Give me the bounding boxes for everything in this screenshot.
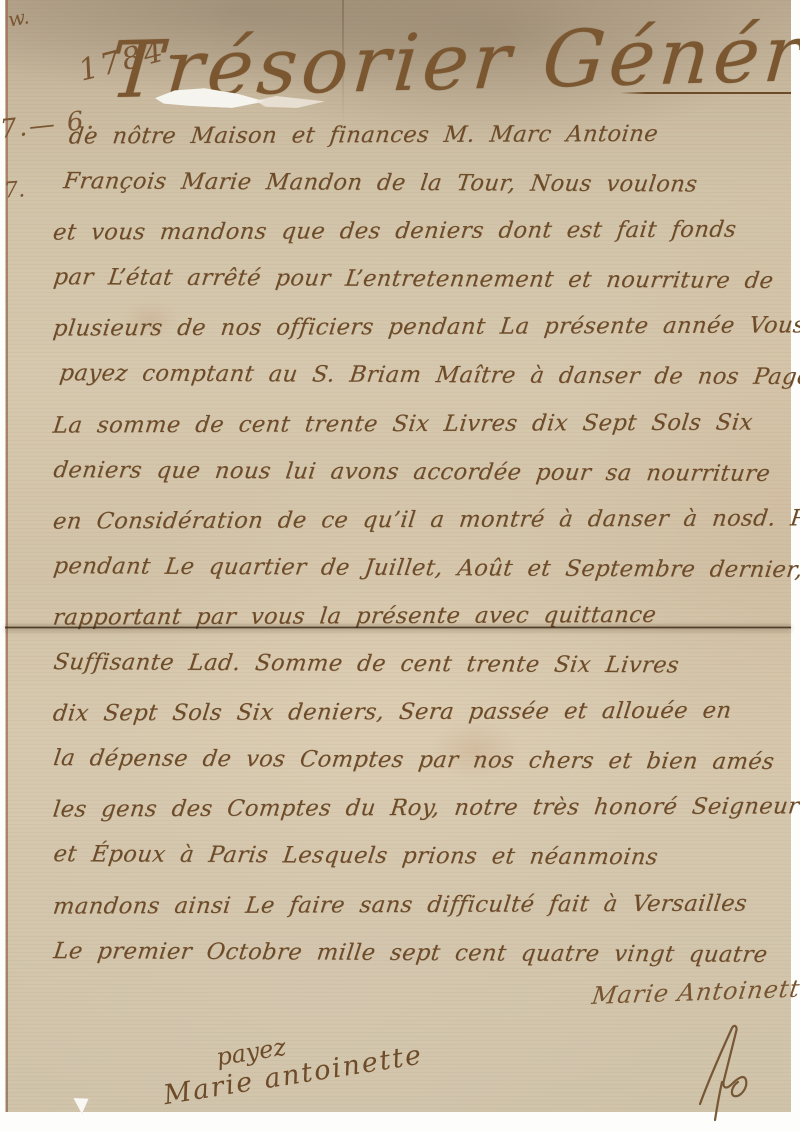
- manuscript-line: pendant Le quartier de Juillet, Août et …: [49, 553, 775, 605]
- manuscript-line: et vous mandons que des deniers dont est…: [49, 217, 775, 268]
- manuscript-line: de nôtre Maison et finances M. Marc Anto…: [49, 120, 775, 171]
- horizontal-fold-line: [5, 626, 791, 629]
- manuscript-line: en Considération de ce qu’il a montré à …: [49, 505, 775, 556]
- manuscript-line: payez comptant au S. Briam Maître à dans…: [49, 361, 775, 413]
- paraph-flourish-icon: [688, 1022, 768, 1122]
- title-underline-flourish: [620, 92, 791, 94]
- manuscript-line: la dépense de vos Comptes par nos chers …: [49, 745, 775, 797]
- paper-left-edge: [6, 0, 8, 1112]
- manuscript-line: les gens des Comptes du Roy, notre très …: [49, 794, 775, 845]
- manuscript-line: Suffisante Lad. Somme de cent trente Six…: [49, 649, 775, 701]
- scanned-document: Trésorier Général w. 1784. 7.— 6. 7. de …: [0, 0, 800, 1132]
- manuscript-body: de nôtre Maison et finances M. Marc Anto…: [52, 122, 772, 988]
- manuscript-line: par L’état arrêté pour L’entretennement …: [49, 264, 775, 316]
- margin-note: 7.: [3, 177, 26, 203]
- manuscript-line: dix Sept Sols Six deniers, Sera passée e…: [49, 698, 775, 749]
- manuscript-line: et Époux à Paris Lesquels prions et néan…: [49, 842, 775, 894]
- manuscript-line: mandons ainsi Le faire sans difficulté f…: [49, 890, 775, 941]
- manuscript-line: plusieurs de nos officiers pendant La pr…: [49, 313, 775, 364]
- manuscript-line: deniers que nous lui avons accordée pour…: [49, 457, 775, 509]
- manuscript-line: La somme de cent trente Six Livres dix S…: [49, 409, 775, 460]
- margin-note: w.: [6, 4, 31, 31]
- manuscript-line: François Marie Mandon de la Tour, Nous v…: [49, 168, 775, 220]
